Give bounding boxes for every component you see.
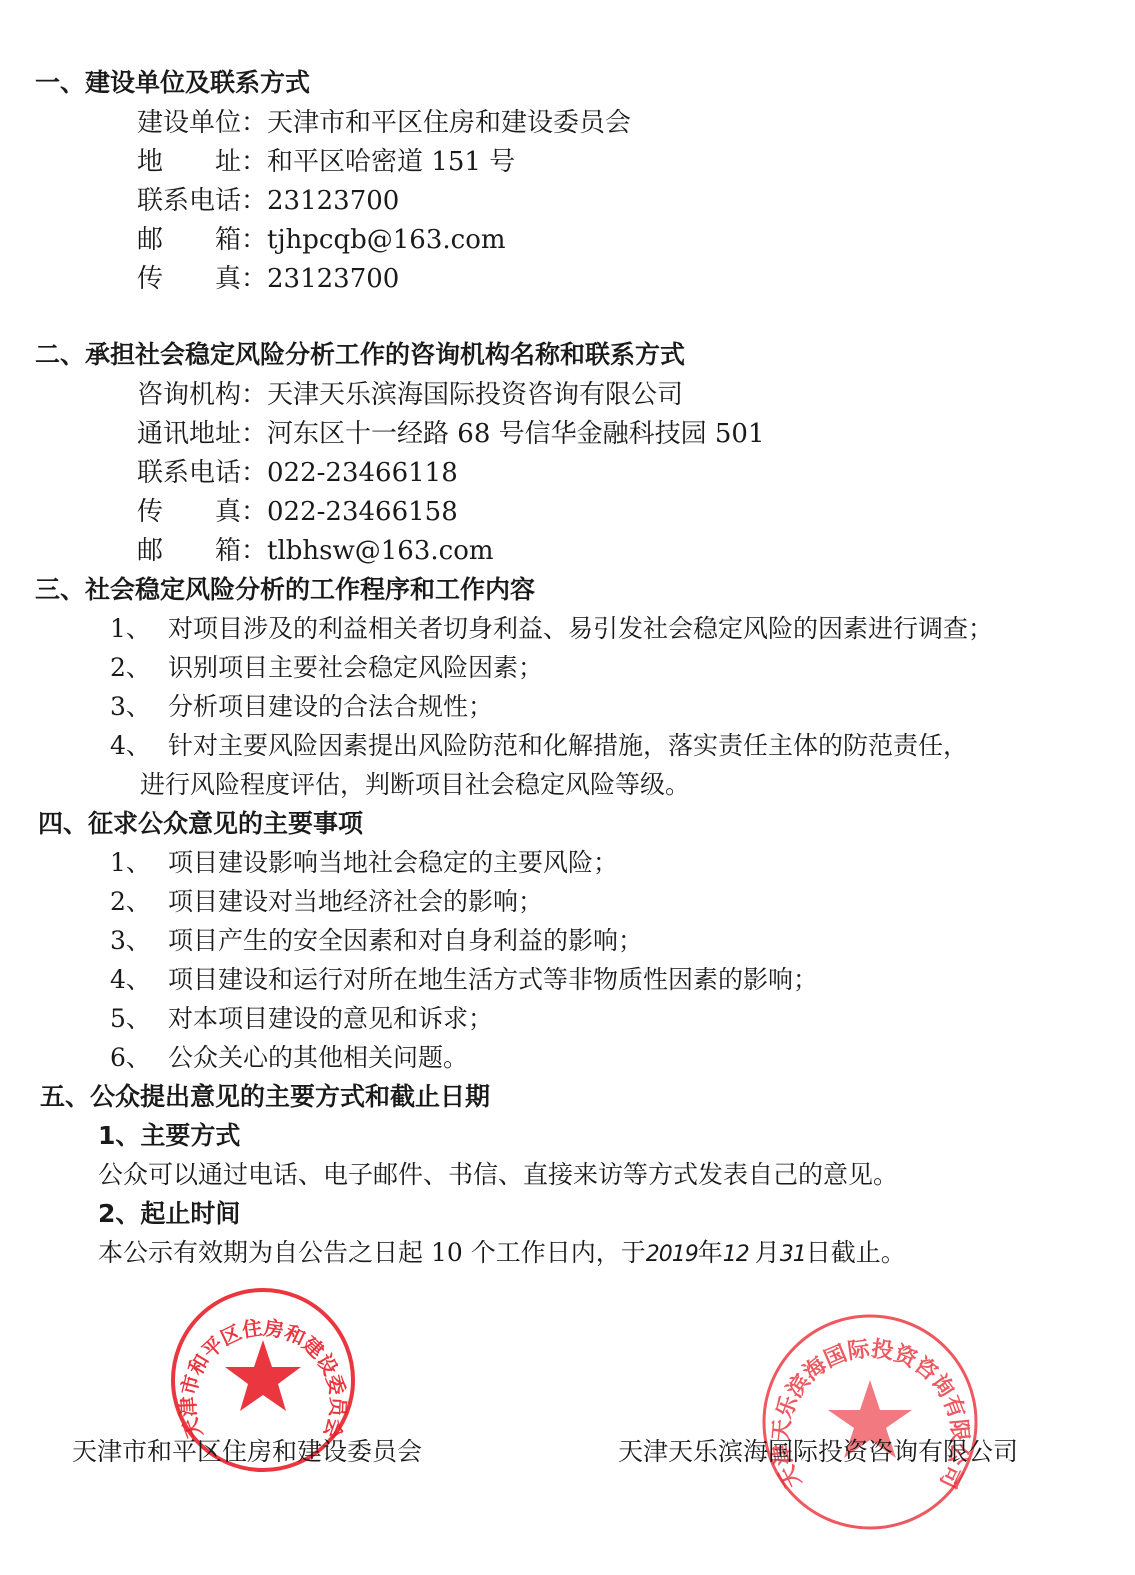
list-text: 项目建设和运行对所在地生活方式等非物质性因素的影响； bbox=[168, 965, 818, 994]
list-item: 2、识别项目主要社会稳定风险因素； bbox=[110, 653, 543, 683]
list-item: 5、对本项目建设的意见和诉求； bbox=[110, 1004, 493, 1034]
list-text: 识别项目主要社会稳定风险因素； bbox=[168, 653, 543, 682]
list-number: 1、 bbox=[110, 614, 168, 644]
signature-left: 天津市和平区住房和建设委员会 bbox=[72, 1432, 422, 1468]
list-item: 3、项目产生的安全因素和对自身利益的影响； bbox=[110, 926, 643, 956]
list-item: 6、公众关心的其他相关问题。 bbox=[110, 1043, 468, 1073]
contact-field: 地 址：和平区哈密道 151 号 bbox=[137, 147, 515, 177]
field-label: 传 真： bbox=[137, 497, 267, 527]
section3-heading: 三、社会稳定风险分析的工作程序和工作内容 bbox=[35, 575, 535, 605]
field-label: 邮 箱： bbox=[137, 536, 267, 566]
field-value: 022-23466158 bbox=[267, 497, 458, 527]
list-item: 3、分析项目建设的合法合规性； bbox=[110, 692, 493, 722]
star-icon bbox=[225, 1340, 301, 1411]
section2-heading: 二、承担社会稳定风险分析工作的咨询机构名称和联系方式 bbox=[35, 340, 685, 370]
list-text: 项目产生的安全因素和对自身利益的影响； bbox=[168, 926, 643, 955]
field-value: tlbhsw@163.com bbox=[267, 536, 494, 566]
period-suffix: 日截止。 bbox=[806, 1238, 906, 1267]
field-value: 23123700 bbox=[267, 186, 399, 216]
list-number: 6、 bbox=[110, 1043, 168, 1073]
official-seal-right: 天津天乐滨海国际投资咨询有限公司 bbox=[758, 1310, 983, 1535]
field-label: 建设单位： bbox=[137, 108, 267, 138]
handwritten-day: 31 bbox=[780, 1242, 806, 1267]
contact-field: 传 真：23123700 bbox=[137, 264, 399, 294]
period-prefix: 本公示有效期为自公告之日起 10 个工作日内，于 bbox=[98, 1238, 646, 1267]
list-number: 2、 bbox=[110, 887, 168, 917]
year-unit: 年 bbox=[698, 1238, 723, 1267]
list-text: 对本项目建设的意见和诉求； bbox=[168, 1004, 493, 1033]
list-text: 项目建设对当地经济社会的影响； bbox=[168, 887, 543, 916]
list-item: 4、针对主要风险因素提出风险防范和化解措施，落实责任主体的防范责任， bbox=[110, 731, 968, 761]
field-value: 天津天乐滨海国际投资咨询有限公司 bbox=[267, 380, 683, 410]
contact-field: 传 真：022-23466158 bbox=[137, 497, 458, 527]
section1-heading: 一、建设单位及联系方式 bbox=[35, 68, 310, 98]
field-value: 河东区十一经路 68 号信华金融科技园 501 bbox=[267, 419, 765, 449]
field-value: 23123700 bbox=[267, 264, 399, 294]
contact-field: 联系电话：23123700 bbox=[137, 186, 399, 216]
list-text: 对项目涉及的利益相关者切身利益、易引发社会稳定风险的因素进行调查； bbox=[168, 614, 993, 643]
field-label: 联系电话： bbox=[137, 458, 267, 488]
list-number: 3、 bbox=[110, 692, 168, 722]
list-number: 5、 bbox=[110, 1004, 168, 1034]
list-item: 2、项目建设对当地经济社会的影响； bbox=[110, 887, 543, 917]
contact-field: 通讯地址：河东区十一经路 68 号信华金融科技园 501 bbox=[137, 419, 765, 449]
handwritten-month: 12 bbox=[723, 1242, 749, 1267]
month-unit: 月 bbox=[755, 1238, 780, 1267]
field-label: 邮 箱： bbox=[137, 225, 267, 255]
contact-field: 咨询机构：天津天乐滨海国际投资咨询有限公司 bbox=[137, 380, 683, 410]
list-number: 4、 bbox=[110, 731, 168, 761]
section4-heading: 四、征求公众意见的主要事项 bbox=[38, 809, 363, 839]
field-label: 地 址： bbox=[137, 147, 267, 177]
list-text: 公众关心的其他相关问题。 bbox=[168, 1043, 468, 1072]
handwritten-year: 2019 bbox=[646, 1242, 698, 1267]
contact-field: 联系电话：022-23466118 bbox=[137, 458, 458, 488]
contact-field: 建设单位：天津市和平区住房和建设委员会 bbox=[137, 108, 631, 138]
list-number: 4、 bbox=[110, 965, 168, 995]
list-item: 4、项目建设和运行对所在地生活方式等非物质性因素的影响； bbox=[110, 965, 818, 995]
field-label: 通讯地址： bbox=[137, 419, 267, 449]
list-number: 3、 bbox=[110, 926, 168, 956]
subsection-heading-period: 2、起止时间 bbox=[98, 1199, 240, 1229]
list-number: 1、 bbox=[110, 848, 168, 878]
contact-field: 邮 箱：tjhpcqb@163.com bbox=[137, 225, 506, 255]
field-value: 022-23466118 bbox=[267, 458, 458, 488]
field-value: 和平区哈密道 151 号 bbox=[267, 147, 515, 177]
contact-field: 邮 箱：tlbhsw@163.com bbox=[137, 536, 494, 566]
list-number: 2、 bbox=[110, 653, 168, 683]
list-text: 分析项目建设的合法合规性； bbox=[168, 692, 493, 721]
section5-heading: 五、公众提出意见的主要方式和截止日期 bbox=[40, 1082, 490, 1112]
subsection-heading-method: 1、主要方式 bbox=[98, 1121, 240, 1151]
list-text: 针对主要风险因素提出风险防范和化解措施，落实责任主体的防范责任， bbox=[168, 731, 968, 760]
list-item-continuation: 进行风险程度评估，判断项目社会稳定风险等级。 bbox=[140, 770, 690, 800]
period-text: 本公示有效期为自公告之日起 10 个工作日内，于2019年12月31日截止。 bbox=[98, 1238, 906, 1270]
list-text: 项目建设影响当地社会稳定的主要风险； bbox=[168, 848, 618, 877]
list-item: 1、项目建设影响当地社会稳定的主要风险； bbox=[110, 848, 618, 878]
field-label: 传 真： bbox=[137, 264, 267, 294]
field-label: 咨询机构： bbox=[137, 380, 267, 410]
list-item: 1、对项目涉及的利益相关者切身利益、易引发社会稳定风险的因素进行调查； bbox=[110, 614, 993, 644]
field-label: 联系电话： bbox=[137, 186, 267, 216]
method-text: 公众可以通过电话、电子邮件、书信、直接来访等方式发表自己的意见。 bbox=[98, 1160, 898, 1190]
signature-right: 天津天乐滨海国际投资咨询有限公司 bbox=[618, 1432, 1018, 1468]
field-value: 天津市和平区住房和建设委员会 bbox=[267, 108, 631, 138]
field-value: tjhpcqb@163.com bbox=[267, 225, 506, 255]
